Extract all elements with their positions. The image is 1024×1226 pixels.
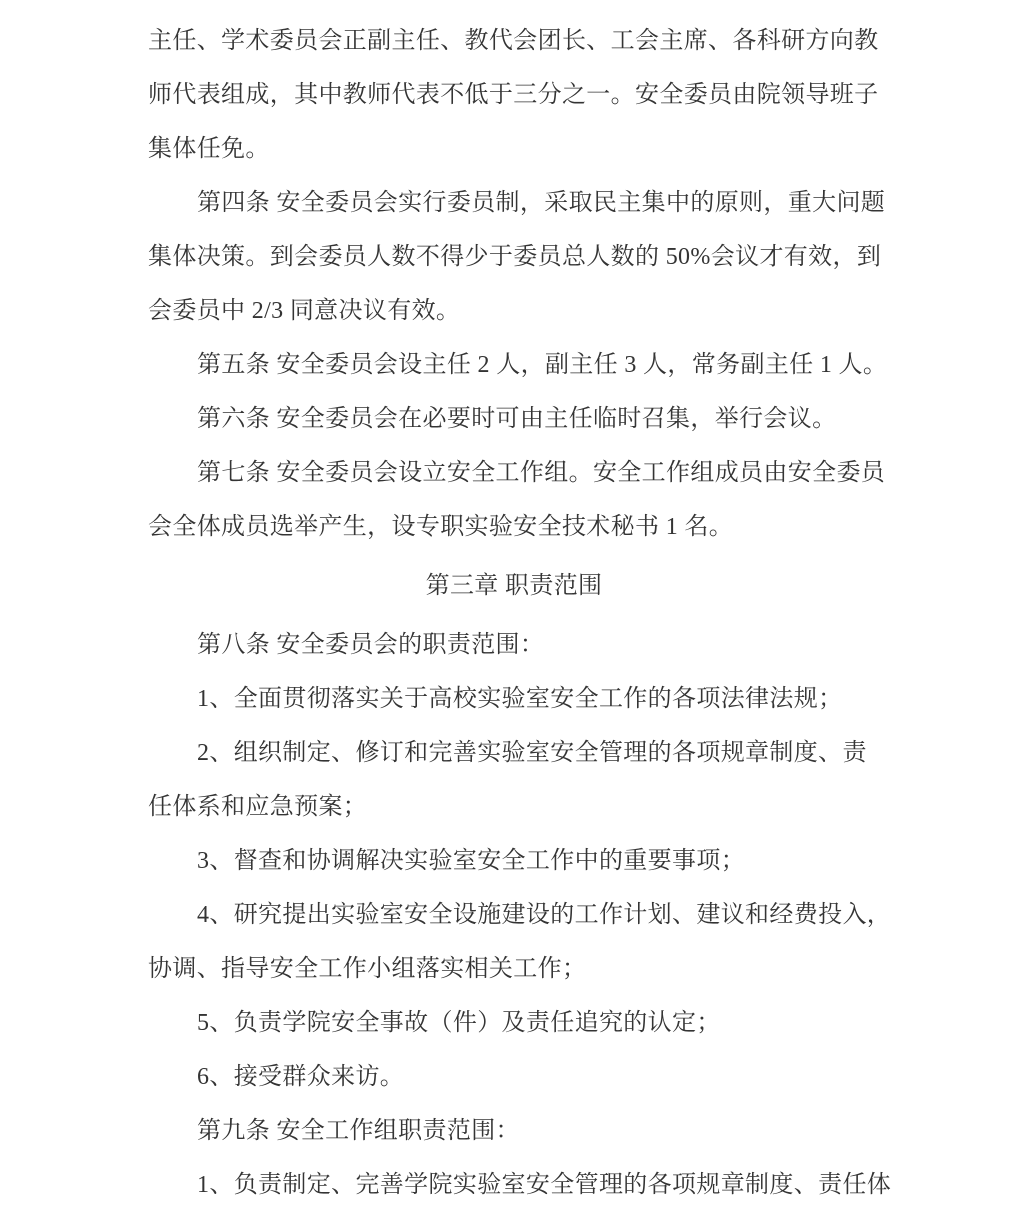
text-line: 会全体成员选举产生，设专职实验安全技术秘书 1 名。: [148, 500, 880, 554]
text-line: 第四条 安全委员会实行委员制，采取民主集中的原则，重大问题: [148, 176, 880, 230]
text-line: 任体系和应急预案；: [148, 780, 880, 834]
text-line: 第七条 安全委员会设立安全工作组。安全工作组成员由安全委员: [148, 446, 880, 500]
text-line: 第六条 安全委员会在必要时可由主任临时召集，举行会议。: [148, 392, 880, 446]
text-line: 会委员中 2/3 同意决议有效。: [148, 284, 880, 338]
text-line: 3、督查和协调解决实验室安全工作中的重要事项；: [148, 834, 880, 888]
text-line: 6、接受群众来访。: [148, 1050, 880, 1104]
text-line: 师代表组成，其中教师代表不低于三分之一。安全委员由院领导班子: [148, 68, 880, 122]
text-line: 协调、指导安全工作小组落实相关工作；: [148, 942, 880, 996]
text-line: 集体任免。: [148, 122, 880, 176]
text-line: 4、研究提出实验室安全设施建设的工作计划、建议和经费投入，: [148, 888, 880, 942]
text-line: 第九条 安全工作组职责范围：: [148, 1104, 880, 1158]
text-line: 1、负责制定、完善学院实验室安全管理的各项规章制度、责任体: [148, 1158, 880, 1212]
text-line: 5、负责学院安全事故（件）及责任追究的认定；: [148, 996, 880, 1050]
document-body: 主任、学术委员会正副主任、教代会团长、工会主席、各科研方向教师代表组成，其中教师…: [148, 14, 880, 1212]
document-page: 主任、学术委员会正副主任、教代会团长、工会主席、各科研方向教师代表组成，其中教师…: [0, 0, 1024, 1226]
text-line: 主任、学术委员会正副主任、教代会团长、工会主席、各科研方向教: [148, 14, 880, 68]
text-line: 集体决策。到会委员人数不得少于委员总人数的 50%会议才有效，到: [148, 230, 880, 284]
text-line: 1、全面贯彻落实关于高校实验室安全工作的各项法律法规；: [148, 672, 880, 726]
chapter-heading: 第三章 职责范围: [148, 554, 880, 618]
text-line: 第八条 安全委员会的职责范围：: [148, 618, 880, 672]
text-line: 2、组织制定、修订和完善实验室安全管理的各项规章制度、责: [148, 726, 880, 780]
text-line: 第五条 安全委员会设主任 2 人，副主任 3 人，常务副主任 1 人。: [148, 338, 880, 392]
